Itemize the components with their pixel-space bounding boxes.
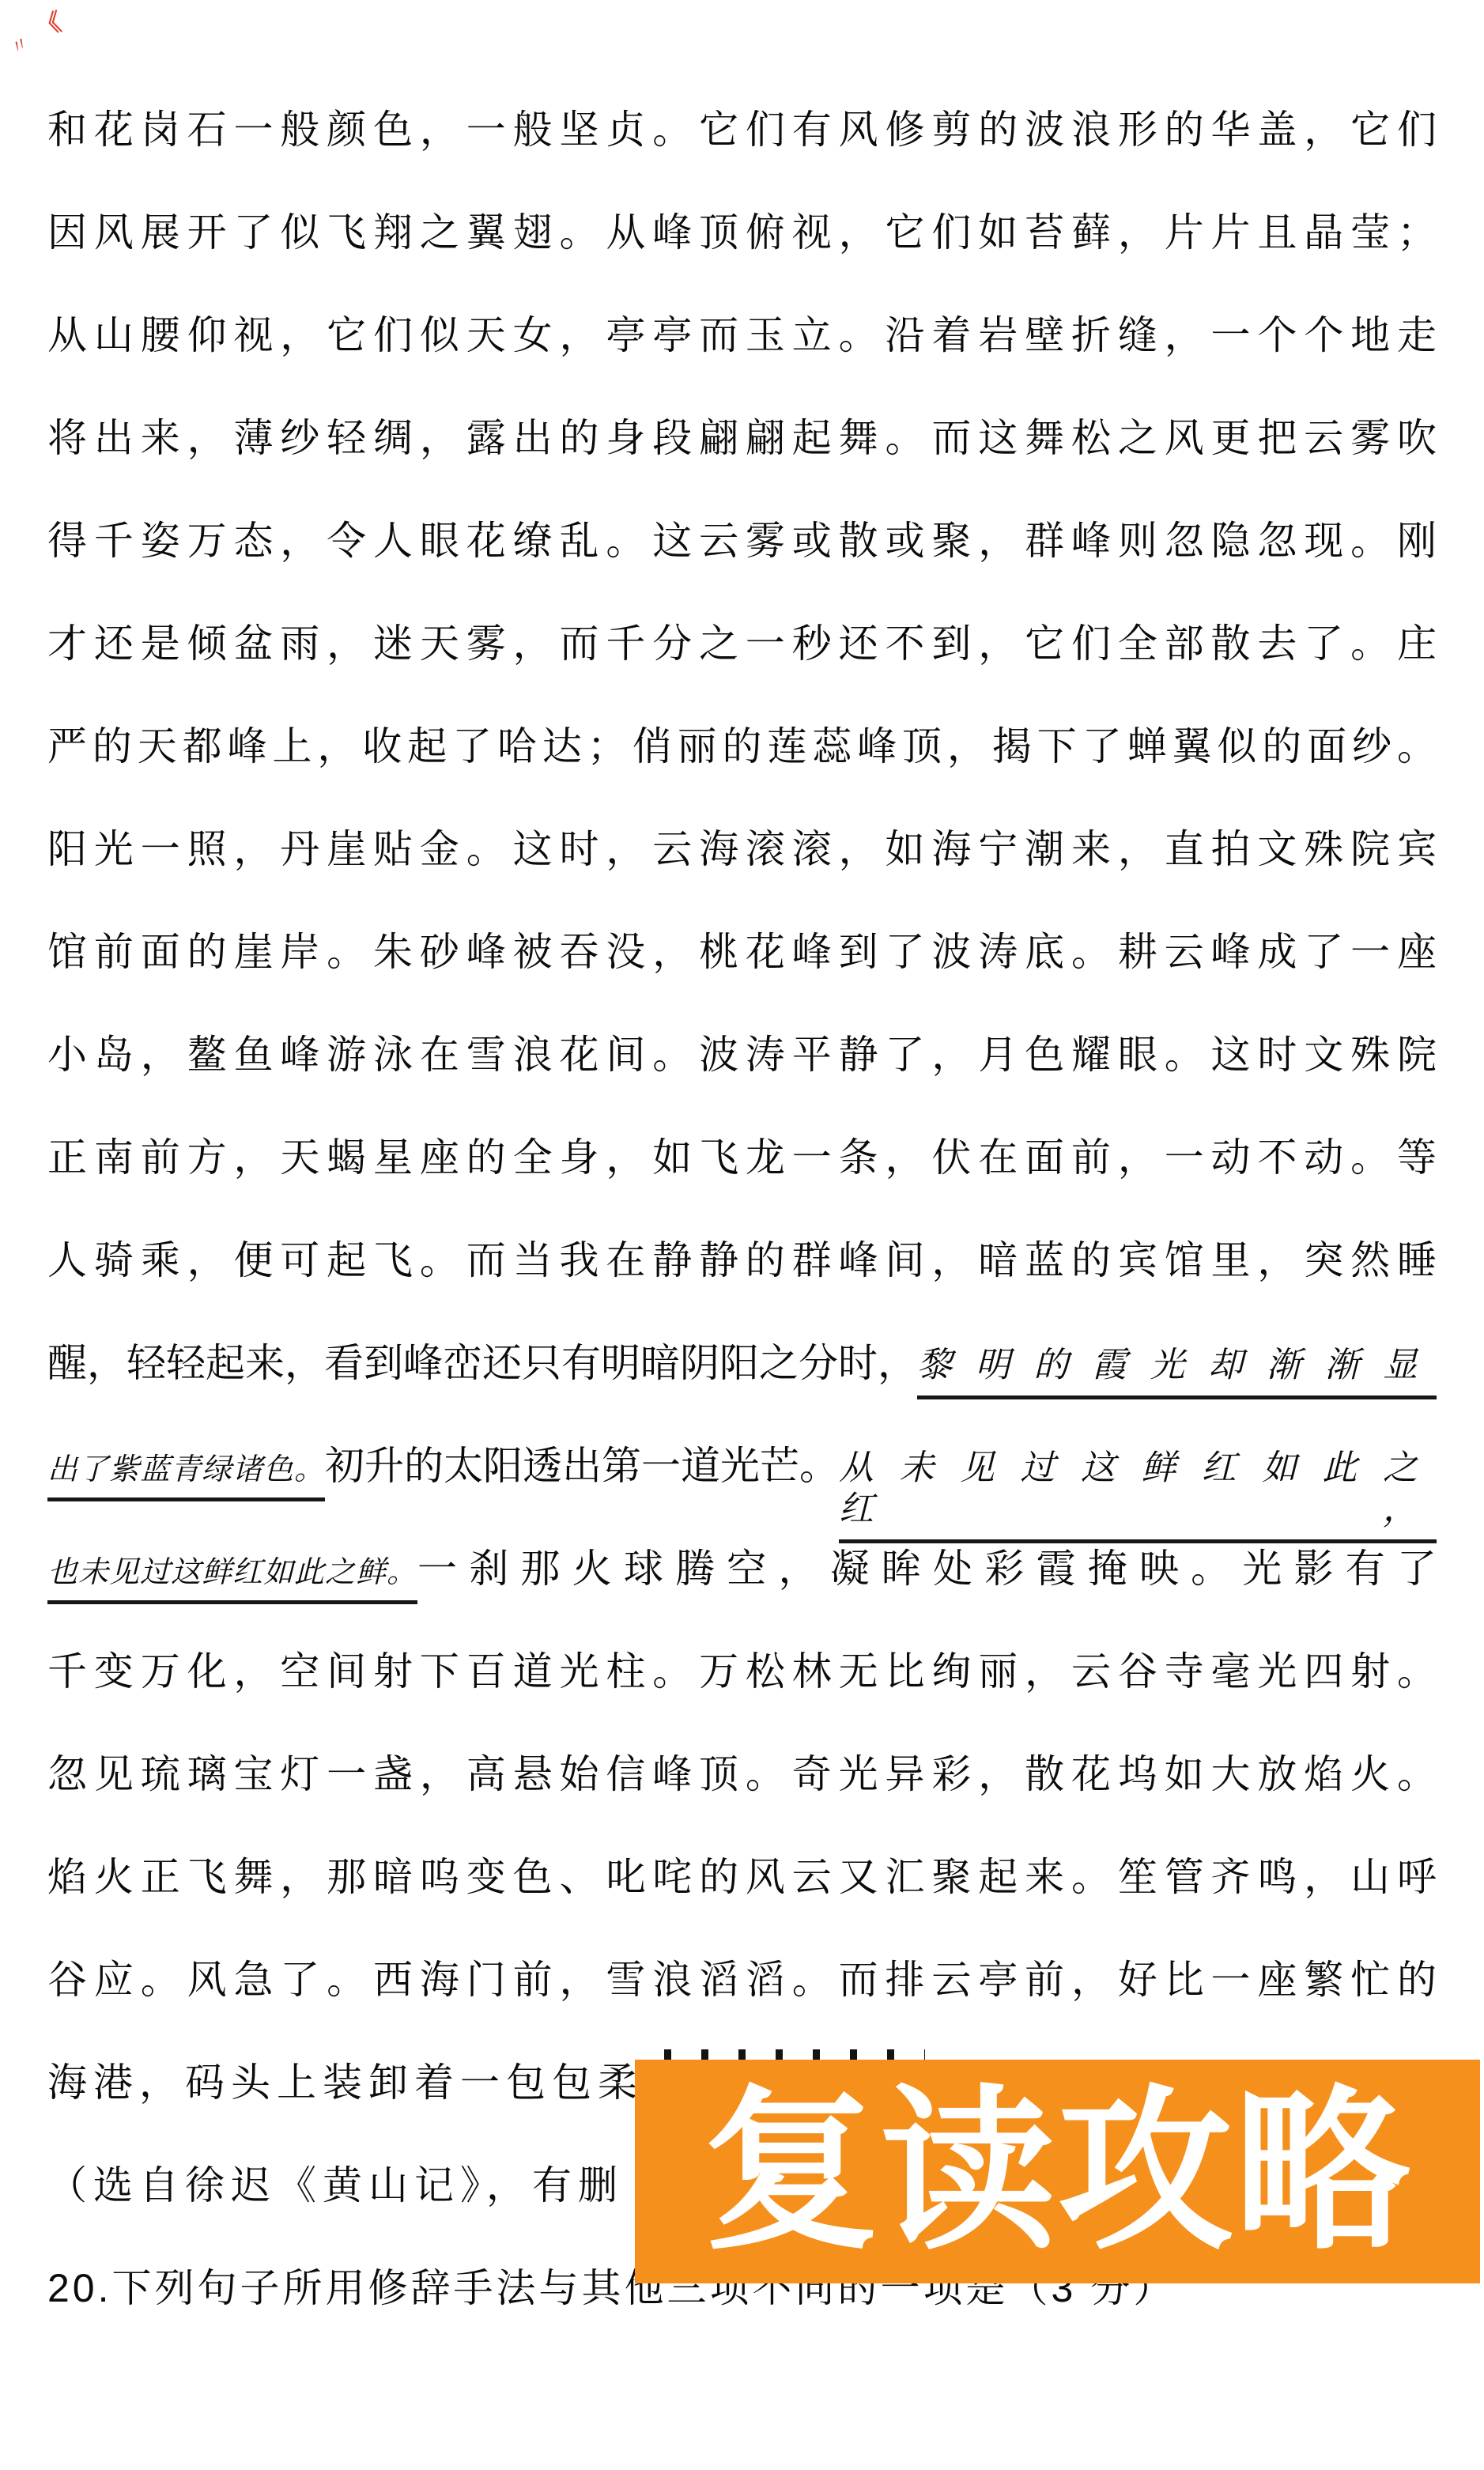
text-line: 和花岗石一般颜色，一般坚贞。它们有风修剪的波浪形的华盖，它们: [47, 107, 1437, 153]
print-text: 谷应。风急了。西海门前，雪浪滔滔。而排云亭前，好比一座繁忙的: [47, 1957, 1437, 2004]
print-text: 人骑乘，便可起飞。而当我在静静的群峰间，暗蓝的宾馆里，突然睡: [47, 1237, 1437, 1284]
handwritten-annotation: 也未见过这鲜红如此之鲜。: [47, 1555, 417, 1604]
print-text: 阳光一照，丹崖贴金。这时，云海滚滚，如海宁潮来，直拍文殊院宾: [47, 826, 1437, 873]
print-text: 严的天都峰上，收起了哈达；俏丽的莲蕊峰顶，揭下了蝉翼似的面纱。: [47, 723, 1437, 770]
text-line: 小岛，鳌鱼峰游泳在雪浪花间。波涛平静了，月色耀眼。这时文殊院: [47, 1032, 1437, 1078]
text-line: 忽见琉璃宝灯一盏，高悬始信峰顶。奇光异彩，散花坞如大放焰火。: [47, 1751, 1437, 1798]
promo-banner: 复读攻略: [635, 2060, 1480, 2283]
text-line: 千变万化，空间射下百道光柱。万松林无比绚丽，云谷寺毫光四射。: [47, 1649, 1437, 1695]
text-line: 因风展开了似飞翔之翼翅。从峰顶俯视，它们如苔藓，片片且晶莹；: [47, 210, 1437, 256]
promo-banner-text: 复读攻略: [704, 2084, 1412, 2260]
print-text: 馆前面的崖岸。朱砂峰被吞没，桃花峰到了波涛底。耕云峰成了一座: [47, 929, 1437, 976]
print-text: 小岛，鳌鱼峰游泳在雪浪花间。波涛平静了，月色耀眼。这时文殊院: [47, 1032, 1437, 1078]
text-line: 将出来，薄纱轻绸，露出的身段翩翩起舞。而这舞松之风更把云雾吹: [47, 415, 1437, 462]
text-line: 出了紫蓝青绿诸色。初升的太阳透出第一道光芒。从未见过这鲜红如此之红，: [47, 1443, 1437, 1543]
print-text: 千变万化，空间射下百道光柱。万松林无比绚丽，云谷寺毫光四射。: [47, 1649, 1437, 1695]
text-line: 得千姿万态，令人眼花缭乱。这云雾或散或聚，群峰则忽隐忽现。刚: [47, 518, 1437, 565]
red-corner-mark: 《: [32, 2, 64, 42]
print-text: 才还是倾盆雨，迷天雾，而千分之一秒还不到，它们全部散去了。庄: [47, 621, 1437, 667]
print-text: 忽见琉璃宝灯一盏，高悬始信峰顶。奇光异彩，散花坞如大放焰火。: [47, 1751, 1437, 1798]
text-line: 醒，轻轻起来，看到峰峦还只有明暗阴阳之分时，黎明的霞光却渐渐显: [47, 1340, 1437, 1399]
print-text: 将出来，薄纱轻绸，露出的身段翩翩起舞。而这舞松之风更把云雾吹: [47, 415, 1437, 462]
print-text: 一刹那火球腾空，凝眸处彩霞掩映。光影有了: [417, 1546, 1437, 1592]
text-line: 焰火正飞舞，那暗呜变色、叱咤的风云又汇聚起来。笙管齐鸣，山呼: [47, 1854, 1437, 1901]
red-corner-mark: 〃: [4, 27, 35, 60]
print-text: 初升的太阳透出第一道光芒。: [325, 1443, 839, 1490]
text-line: 才还是倾盆雨，迷天雾，而千分之一秒还不到，它们全部散去了。庄: [47, 621, 1437, 667]
text-line: 从山腰仰视，它们似天女，亭亭而玉立。沿着岩壁折缝，一个个地走: [47, 312, 1437, 359]
print-text: 因风展开了似飞翔之翼翅。从峰顶俯视，它们如苔藓，片片且晶莹；: [47, 210, 1437, 256]
handwritten-annotation: 出了紫蓝青绿诸色。: [47, 1452, 325, 1501]
print-text: 焰火正飞舞，那暗呜变色、叱咤的风云又汇聚起来。笙管齐鸣，山呼: [47, 1854, 1437, 1901]
print-text: 和花岗石一般颜色，一般坚贞。它们有风修剪的波浪形的华盖，它们: [47, 107, 1437, 153]
print-text: 正南前方，天蝎星座的全身，如飞龙一条，伏在面前，一动不动。等: [47, 1135, 1437, 1181]
text-line: 人骑乘，便可起飞。而当我在静静的群峰间，暗蓝的宾馆里，突然睡: [47, 1237, 1437, 1284]
text-line: 也未见过这鲜红如此之鲜。一刹那火球腾空，凝眸处彩霞掩映。光影有了: [47, 1546, 1437, 1604]
text-line: 谷应。风急了。西海门前，雪浪滔滔。而排云亭前，好比一座繁忙的: [47, 1957, 1437, 2004]
covered-text-tips: [664, 2049, 925, 2060]
text-line: 阳光一照，丹崖贴金。这时，云海滚滚，如海宁潮来，直拍文殊院宾: [47, 826, 1437, 873]
document-page: 《 〃 和花岗石一般颜色，一般坚贞。它们有风修剪的波浪形的华盖，它们因风展开了似…: [0, 0, 1484, 2470]
print-text: 得千姿万态，令人眼花缭乱。这云雾或散或聚，群峰则忽隐忽现。刚: [47, 518, 1437, 565]
text-line: 严的天都峰上，收起了哈达；俏丽的莲蕊峰顶，揭下了蝉翼似的面纱。: [47, 723, 1437, 770]
text-line: 馆前面的崖岸。朱砂峰被吞没，桃花峰到了波涛底。耕云峰成了一座: [47, 929, 1437, 976]
handwritten-annotation: 从未见过这鲜红如此之红，: [839, 1448, 1437, 1543]
text-line: 正南前方，天蝎星座的全身，如飞龙一条，伏在面前，一动不动。等: [47, 1135, 1437, 1181]
handwritten-annotation: 黎明的霞光却渐渐显: [917, 1345, 1437, 1399]
print-text: 从山腰仰视，它们似天女，亭亭而玉立。沿着岩壁折缝，一个个地走: [47, 312, 1437, 359]
print-text: 醒，轻轻起来，看到峰峦还只有明暗阴阳之分时，: [47, 1340, 917, 1387]
